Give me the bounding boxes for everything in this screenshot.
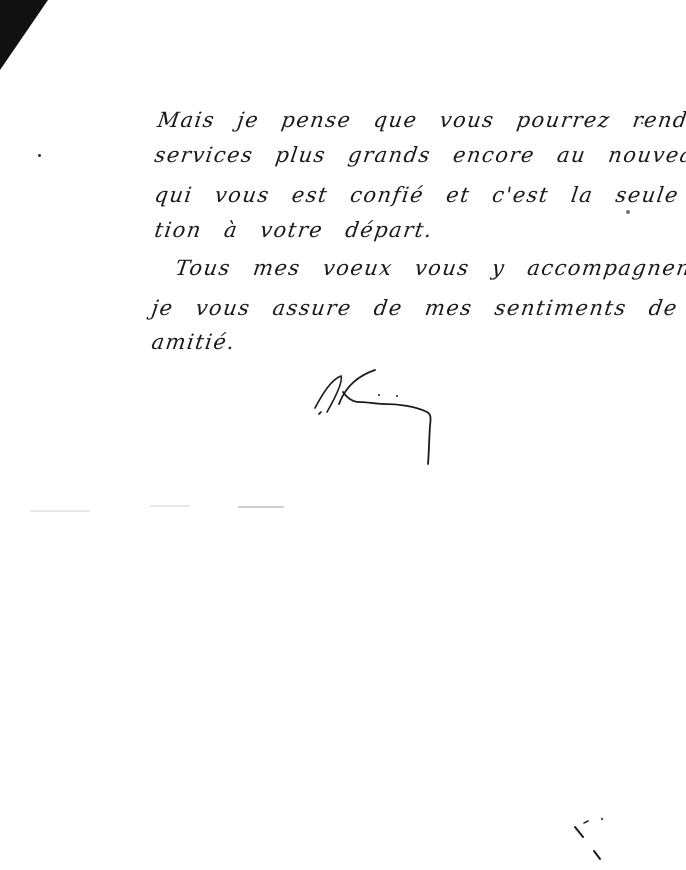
letter-line-2: services plus grands encore au nouveau p… bbox=[153, 143, 686, 167]
letter-line-5: Tous mes voeux vous y accompagnent et bbox=[174, 256, 686, 280]
ink-speck bbox=[641, 122, 643, 124]
scan-smudge bbox=[150, 505, 190, 507]
scan-smudge bbox=[238, 506, 284, 508]
ink-speck bbox=[626, 210, 630, 214]
ink-speck bbox=[615, 152, 617, 154]
letter-page: Mais je pense que vous pourrez rendre de… bbox=[0, 0, 686, 870]
scanned-corner-shadow bbox=[0, 0, 48, 70]
ink-speck bbox=[38, 154, 41, 157]
letter-line-7: amitié. bbox=[150, 330, 237, 354]
handwritten-signature: P. Viénot (signature) bbox=[305, 368, 445, 468]
letter-line-1: Mais je pense que vous pourrez rendre de… bbox=[156, 108, 686, 132]
scan-corner-mark bbox=[570, 815, 610, 865]
letter-line-3: qui vous est confié et c'est la seule co… bbox=[153, 183, 686, 207]
letter-line-6: je vous assure de mes sentiments de fidè… bbox=[150, 296, 686, 320]
scan-smudge bbox=[30, 510, 90, 512]
letter-line-4: tion à votre départ. bbox=[153, 218, 435, 242]
